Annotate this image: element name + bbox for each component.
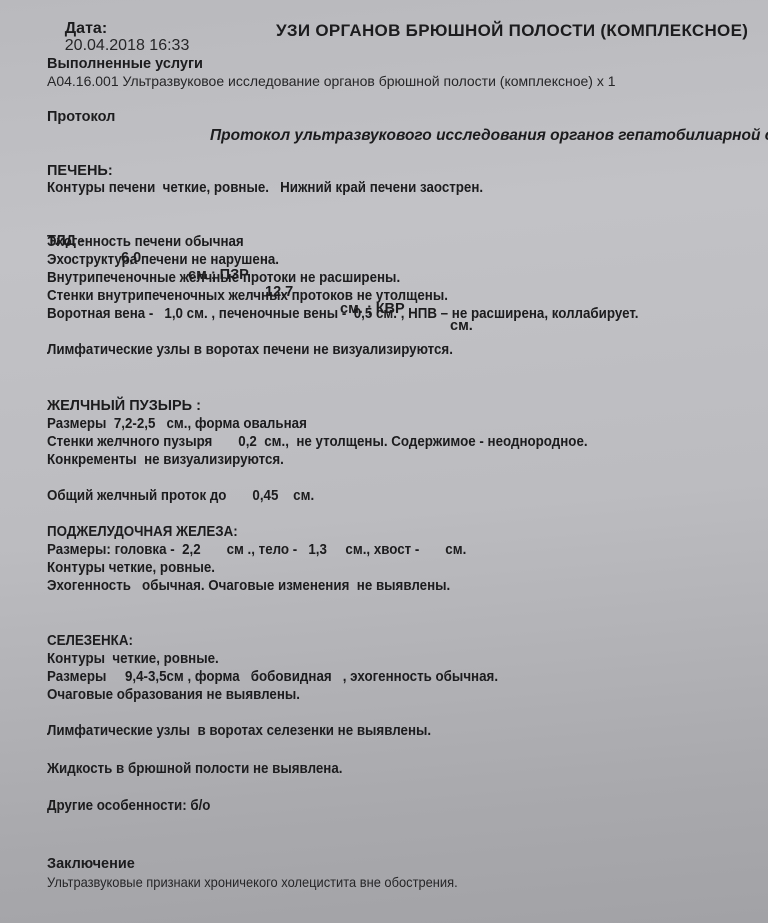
- spleen-heading: СЕЛЕЗЕНКА:: [47, 633, 133, 650]
- gallbladder-size: Размеры 7,2-2,5 см., форма овальная: [47, 416, 307, 433]
- liver-ducts: Внутрипеченочные желчные протоки не расш…: [47, 270, 400, 287]
- spleen-lymph-nodes: Лимфатические узлы в воротах селезенки н…: [47, 723, 431, 740]
- gallbladder-stones: Конкременты не визуализируются.: [47, 452, 284, 469]
- protocol-subtitle: Протокол ультразвукового исследования ор…: [210, 127, 768, 144]
- gallbladder-heading: ЖЕЛЧНЫЙ ПУЗЫРЬ :: [47, 398, 201, 415]
- liver-heading: ПЕЧЕНЬ:: [47, 163, 113, 180]
- liver-veins: Воротная вена - 1,0 см. , печеночные вен…: [47, 306, 638, 323]
- date-value: 20.04.2018 16:33: [65, 37, 190, 54]
- page-title: УЗИ ОРГАНОВ БРЮШНОЙ ПОЛОСТИ (КОМПЛЕКСНОЕ…: [276, 22, 748, 39]
- liver-echostructure: Эхоструктура печени не нарушена.: [47, 252, 279, 269]
- services-heading: Выполненные услуги: [47, 56, 203, 73]
- pancreas-size: Размеры: головка - 2,2 см ., тело - 1,3 …: [47, 542, 466, 559]
- liver-echogenicity: Эхогенность печени обычная: [47, 234, 244, 251]
- service-item: A04.16.001 Ультразвуковое исследование о…: [47, 73, 616, 90]
- pancreas-contours: Контуры четкие, ровные.: [47, 560, 215, 577]
- spleen-size: Размеры 9,4-3,5см , форма бобовидная , э…: [47, 669, 498, 686]
- protocol-heading: Протокол: [47, 109, 115, 126]
- date-label: Дата:: [65, 20, 107, 37]
- pancreas-echogenicity: Эхогенность обычная. Очаговые изменения …: [47, 578, 450, 595]
- common-bile-duct: Общий желчный проток до 0,45 см.: [47, 488, 314, 505]
- spleen-focal: Очаговые образования не выявлены.: [47, 687, 300, 704]
- conclusion-text: Ультразвуковые признаки хроничекого холе…: [47, 874, 458, 891]
- liver-lymph-nodes: Лимфатические узлы в воротах печени не в…: [47, 342, 453, 359]
- spleen-contours: Контуры четкие, ровные.: [47, 651, 219, 668]
- conclusion-heading: Заключение: [47, 856, 135, 873]
- liver-duct-walls: Стенки внутрипеченочных желчных протоков…: [47, 288, 448, 305]
- other-findings: Другие особенности: б/о: [47, 798, 210, 815]
- gallbladder-walls: Стенки желчного пузыря 0,2 см., не утолщ…: [47, 434, 588, 451]
- abdominal-fluid: Жидкость в брюшной полости не выявлена.: [47, 761, 342, 778]
- liver-contours: Контуры печени четкие, ровные. Нижний кр…: [47, 180, 483, 197]
- pancreas-heading: ПОДЖЕЛУДОЧНАЯ ЖЕЛЕЗА:: [47, 524, 238, 541]
